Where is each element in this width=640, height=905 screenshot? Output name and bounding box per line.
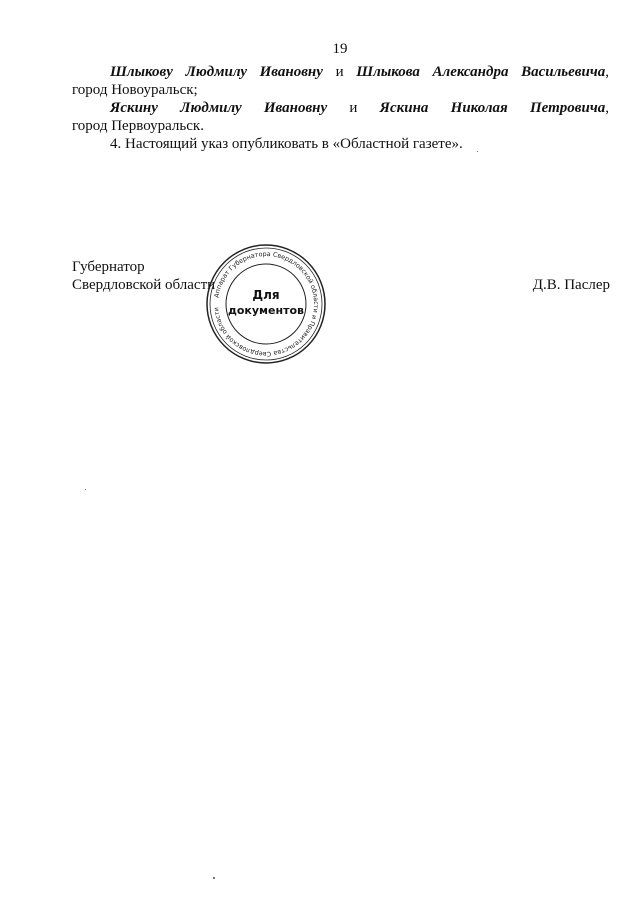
name-word: Петровича [530, 100, 605, 116]
name-word: Николая [451, 99, 508, 117]
official-stamp: Аппарат Губернатора Свердловской области… [205, 243, 327, 365]
conjunction: и [336, 63, 344, 81]
signature-name: Д.В. Паслер [533, 276, 610, 294]
paragraph-line-4: город Первоуральск. [72, 117, 609, 135]
name-word: Ивановну [260, 63, 323, 81]
page-number: 19 [0, 41, 640, 58]
paragraph-line-5: 4. Настоящий указ опубликовать в «Област… [72, 135, 640, 153]
paragraph-line-3: Яскину Людмилу Ивановну и Яскина Николая… [72, 99, 609, 117]
name-word: Яскину [110, 99, 158, 117]
name-word: Яскина [380, 99, 429, 117]
paragraph-line-1: Шлыкову Людмилу Ивановну и Шлыкова Алекс… [72, 63, 609, 81]
signature-title: Губернатор Свердловской области [72, 258, 215, 294]
name-word: Шлыкову [110, 63, 173, 81]
name-word: Александра [433, 63, 509, 81]
name-word: Ивановну [264, 99, 327, 117]
punctuation: , [605, 100, 609, 116]
scan-speck [85, 489, 86, 490]
stamp-center-line-2: документов [228, 304, 304, 317]
name-word: Васильевича [521, 64, 605, 80]
punctuation: , [605, 64, 609, 80]
paragraph-line-2: город Новоуральск; [72, 81, 609, 99]
signature-title-line-2: Свердловской области [72, 276, 215, 294]
scan-speck [213, 877, 215, 879]
conjunction: и [349, 99, 357, 117]
signature-title-line-1: Губернатор [72, 258, 215, 276]
scan-speck [477, 151, 478, 152]
name-word: Шлыкова [356, 63, 420, 81]
name-word: Людмилу [180, 99, 241, 117]
name-word: Людмилу [186, 63, 247, 81]
stamp-center-line-1: Для [252, 288, 279, 302]
